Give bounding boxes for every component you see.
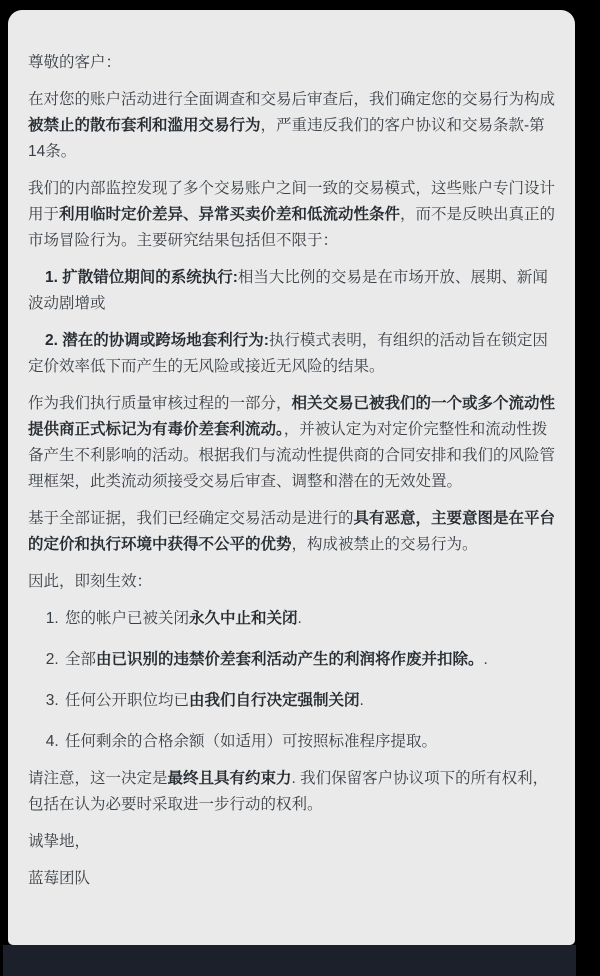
effects-list-item: 任何公开职位均已由我们自行决定强制关闭.	[63, 688, 559, 714]
signature: 蓝莓团队	[28, 866, 559, 892]
letter-paragraph: 在对您的账户活动进行全面调查和交易后审查后，我们确定您的交易行为构成被禁止的散布…	[28, 87, 559, 165]
effects-list-item: 全部由已识别的违禁价差套利活动产生的利润将作废并扣除。.	[63, 647, 559, 673]
bold-text-segment: 永久中止和关闭	[189, 610, 298, 627]
bold-text-segment: 1. 扩散错位期间的系统执行:	[45, 269, 238, 286]
bold-text-segment: 由已识别的违禁价差套利活动产生的利润将作废并扣除。	[96, 651, 484, 668]
text-segment: 请注意，这一决定是	[28, 770, 168, 787]
letter-paragraph: 我们的内部监控发现了多个交易账户之间一致的交易模式，这些账户专门设计用于利用临时…	[28, 176, 559, 254]
salutation: 尊敬的客户：	[28, 50, 559, 76]
effects-list: 您的帐户已被关闭永久中止和关闭.全部由已识别的违禁价差套利活动产生的利润将作废并…	[28, 606, 559, 755]
text-segment: 基于全部证据，我们已经确定交易活动是进行的	[28, 510, 354, 527]
text-segment: .	[484, 651, 488, 668]
letter-paragraph: 1. 扩散错位期间的系统执行:相当大比例的交易是在市场开放、展期、新闻波动剧增或	[28, 265, 559, 317]
letter-paragraph: 请注意，这一决定是最终且具有约束力. 我们保留客户协议项下的所有权利，包括在认为…	[28, 766, 559, 818]
bold-text-segment: 由我们自行决定强制关闭	[189, 692, 360, 709]
effects-list-item: 任何剩余的合格余额（如适用）可按照标准程序提取。	[63, 729, 559, 755]
text-segment: 作为我们执行质量审核过程的一部分，	[28, 395, 292, 412]
text-segment: .	[360, 692, 364, 709]
text-segment: 任何剩余的合格余额（如适用）可按照标准程序提取。	[65, 733, 437, 750]
bold-text-segment: 2. 潜在的协调或跨场地套利行为:	[45, 332, 269, 349]
letter-body: 在对您的账户活动进行全面调查和交易后审查后，我们确定您的交易行为构成被禁止的散布…	[28, 87, 559, 818]
text-segment: .	[298, 610, 302, 627]
page-background: { "colors": { "outer_background": "#0000…	[0, 0, 600, 976]
text-segment: 在对您的账户活动进行全面调查和交易后审查后，我们确定您的交易行为构成	[28, 91, 555, 108]
closing: 诚挚地，	[28, 829, 559, 855]
letter-paragraph: 基于全部证据，我们已经确定交易活动是进行的具有恶意，主要意图是在平台的定价和执行…	[28, 506, 559, 558]
letter-paragraph: 作为我们执行质量审核过程的一部分，相关交易已被我们的一个或多个流动性提供商正式标…	[28, 391, 559, 495]
letter-paragraph: 因此，即刻生效：	[28, 569, 559, 595]
text-segment: 全部	[65, 651, 96, 668]
text-segment: 因此，即刻生效：	[28, 573, 152, 590]
text-segment: 任何公开职位均已	[65, 692, 189, 709]
bold-text-segment: 利用临时定价差异、异常买卖价差和低流动性条件	[59, 206, 400, 223]
text-segment: 您的帐户已被关闭	[65, 610, 189, 627]
effects-list-item: 您的帐户已被关闭永久中止和关闭.	[63, 606, 559, 632]
text-segment: ，构成被禁止的交易行为。	[292, 536, 478, 553]
letter-card: 尊敬的客户： 在对您的账户活动进行全面调查和交易后审查后，我们确定您的交易行为构…	[8, 10, 575, 945]
letter-paragraph: 2. 潜在的协调或跨场地套利行为:执行模式表明，有组织的活动旨在锁定因定价效率低…	[28, 328, 559, 380]
bold-text-segment: 最终且具有约束力	[168, 770, 292, 787]
footer-band	[3, 945, 576, 976]
bold-text-segment: 被禁止的散布套利和滥用交易行为	[28, 117, 261, 134]
